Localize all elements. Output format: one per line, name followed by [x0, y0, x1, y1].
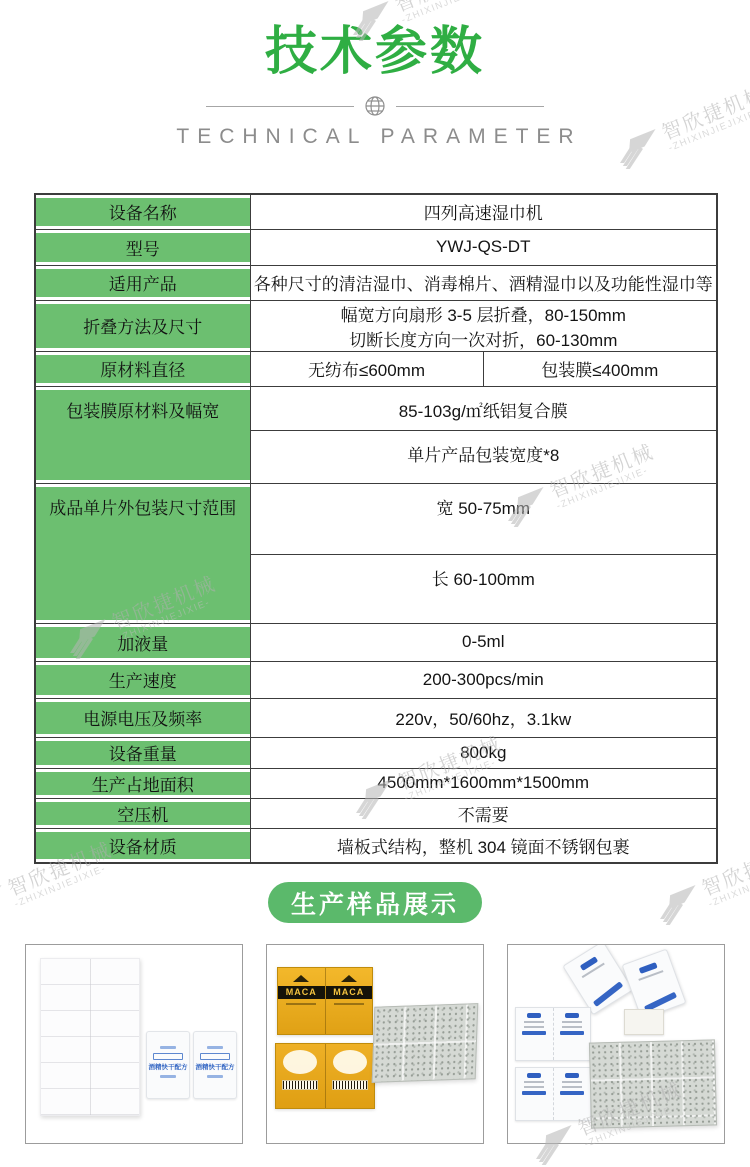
sample-box-2: MACA MACA — [266, 944, 484, 1144]
nonwoven-fabric-photo — [589, 1039, 717, 1128]
spec-value-applicable-products: 各种尺寸的清洁湿巾、消毒棉片、酒精湿巾以及功能性湿巾等 — [250, 265, 717, 300]
wipe-sachet: 酒精快干配方 — [193, 1031, 237, 1099]
table-row: 型号 YWJ-QS-DT — [35, 229, 717, 265]
table-row: 设备重量 800kg — [35, 737, 717, 768]
spec-value-production-speed: 200-300pcs/min — [250, 661, 717, 698]
folding-line-1: 幅宽方向扇形 3-5 层折叠，80-150mm — [251, 301, 717, 326]
table-row: 电源电压及频率 220v，50/60hz，3.1kw — [35, 698, 717, 737]
spec-label-applicable-products: 适用产品 — [35, 265, 250, 300]
spec-value-film-width: 单片产品包装宽度*8 — [250, 430, 717, 483]
spec-value-weight: 800kg — [250, 737, 717, 768]
spec-label-folding: 折叠方法及尺寸 — [35, 300, 250, 351]
nonwoven-fabric-photo — [372, 1003, 479, 1083]
sachet-label: 酒精快干配方 — [196, 1064, 235, 1071]
spec-value-footprint: 4500mm*1600mm*1500mm — [250, 768, 717, 798]
table-row: 设备名称 四列高速湿巾机 — [35, 194, 717, 229]
folding-line-2: 切断长度方向一次对折，60-130mm — [251, 326, 717, 351]
spec-value-film-material: 85-103g/㎡纸铝复合膜 — [250, 386, 717, 430]
spec-label-package-size-range: 成品单片外包装尺寸范围 — [35, 483, 250, 623]
wipe-sachet: 酒精快干配方 — [146, 1031, 190, 1099]
spec-label-air-compressor: 空压机 — [35, 798, 250, 828]
table-row: 适用产品 各种尺寸的清洁湿巾、消毒棉片、酒精湿巾以及功能性湿巾等 — [35, 265, 717, 300]
mountain-logo-icon — [293, 975, 309, 982]
barcode — [282, 1080, 318, 1090]
spec-value-material: 墙板式结构，整机 304 镜面不锈钢包裹 — [250, 828, 717, 863]
spec-label-weight: 设备重量 — [35, 737, 250, 768]
mountain-logo-icon — [341, 975, 357, 982]
spec-label-device-name: 设备名称 — [35, 194, 250, 229]
globe-icon — [363, 94, 387, 118]
spec-label-model: 型号 — [35, 229, 250, 265]
spec-label-material: 设备材质 — [35, 828, 250, 863]
wipe-sachet — [562, 944, 633, 1015]
table-row: 空压机 不需要 — [35, 798, 717, 828]
spec-value-device-name: 四列高速湿巾机 — [250, 194, 717, 229]
maca-sachet-back — [275, 1043, 375, 1109]
maca-sachet-front: MACA MACA — [277, 967, 373, 1035]
spec-value-model: YWJ-QS-DT — [250, 229, 717, 265]
spec-value-folding: 幅宽方向扇形 3-5 层折叠，80-150mm 切断长度方向一次对折，60-13… — [250, 300, 717, 351]
folded-wipe-photo — [40, 958, 140, 1116]
table-row: 加液量 0-5ml — [35, 623, 717, 661]
sachet-sheet — [515, 1067, 591, 1121]
spec-value-package-length: 长 60-100mm — [250, 554, 717, 623]
maca-label: MACA — [278, 986, 325, 999]
barcode — [332, 1080, 368, 1090]
header: 技术参数 TECHNICAL PARAMETER — [0, 0, 750, 149]
table-row: 生产速度 200-300pcs/min — [35, 661, 717, 698]
spec-label-production-speed: 生产速度 — [35, 661, 250, 698]
page-title: 技术参数 — [0, 22, 750, 82]
spec-label-liquid-amount: 加液量 — [35, 623, 250, 661]
sample-box-3 — [507, 944, 725, 1144]
spec-value-film: 包装膜≤400mm — [483, 351, 717, 386]
spec-table: 设备名称 四列高速湿巾机 型号 YWJ-QS-DT 适用产品 各种尺寸的清洁湿巾… — [34, 193, 718, 864]
folded-pad-photo — [624, 1009, 664, 1035]
table-row: 成品单片外包装尺寸范围 宽 50-75mm — [35, 483, 717, 554]
title-divider — [0, 94, 750, 118]
spec-value-power: 220v，50/60hz，3.1kw — [250, 698, 717, 737]
table-row: 原材料直径 无纺布≤600mm 包装膜≤400mm — [35, 351, 717, 386]
table-row: 折叠方法及尺寸 幅宽方向扇形 3-5 层折叠，80-150mm 切断长度方向一次… — [35, 300, 717, 351]
sample-gallery: 酒精快干配方 酒精快干配方 MACA MACA — [0, 944, 750, 1144]
spec-value-liquid-amount: 0-5ml — [250, 623, 717, 661]
maca-label: MACA — [326, 986, 373, 999]
table-row: 生产占地面积 4500mm*1600mm*1500mm — [35, 768, 717, 798]
spec-label-power: 电源电压及频率 — [35, 698, 250, 737]
spec-value-package-width: 宽 50-75mm — [250, 483, 717, 554]
divider-line-right — [396, 106, 544, 107]
sachet-label: 酒精快干配方 — [149, 1064, 188, 1071]
table-row: 设备材质 墙板式结构，整机 304 镜面不锈钢包裹 — [35, 828, 717, 863]
divider-line-left — [206, 106, 354, 107]
table-row: 包装膜原材料及幅宽 85-103g/㎡纸铝复合膜 — [35, 386, 717, 430]
spec-value-nonwoven: 无纺布≤600mm — [250, 351, 483, 386]
spec-value-air-compressor: 不需要 — [250, 798, 717, 828]
spec-label-film-material-width: 包装膜原材料及幅宽 — [35, 386, 250, 483]
sachet-sheet — [515, 1007, 591, 1061]
page: 技术参数 TECHNICAL PARAMETER 设备名称 四列高速湿巾机 型号… — [0, 0, 750, 1167]
page-subtitle: TECHNICAL PARAMETER — [0, 125, 750, 149]
sample-box-1: 酒精快干配方 酒精快干配方 — [25, 944, 243, 1144]
spec-label-footprint: 生产占地面积 — [35, 768, 250, 798]
spec-label-raw-material-diameter: 原材料直径 — [35, 351, 250, 386]
samples-badge: 生产样品展示 — [268, 882, 482, 923]
